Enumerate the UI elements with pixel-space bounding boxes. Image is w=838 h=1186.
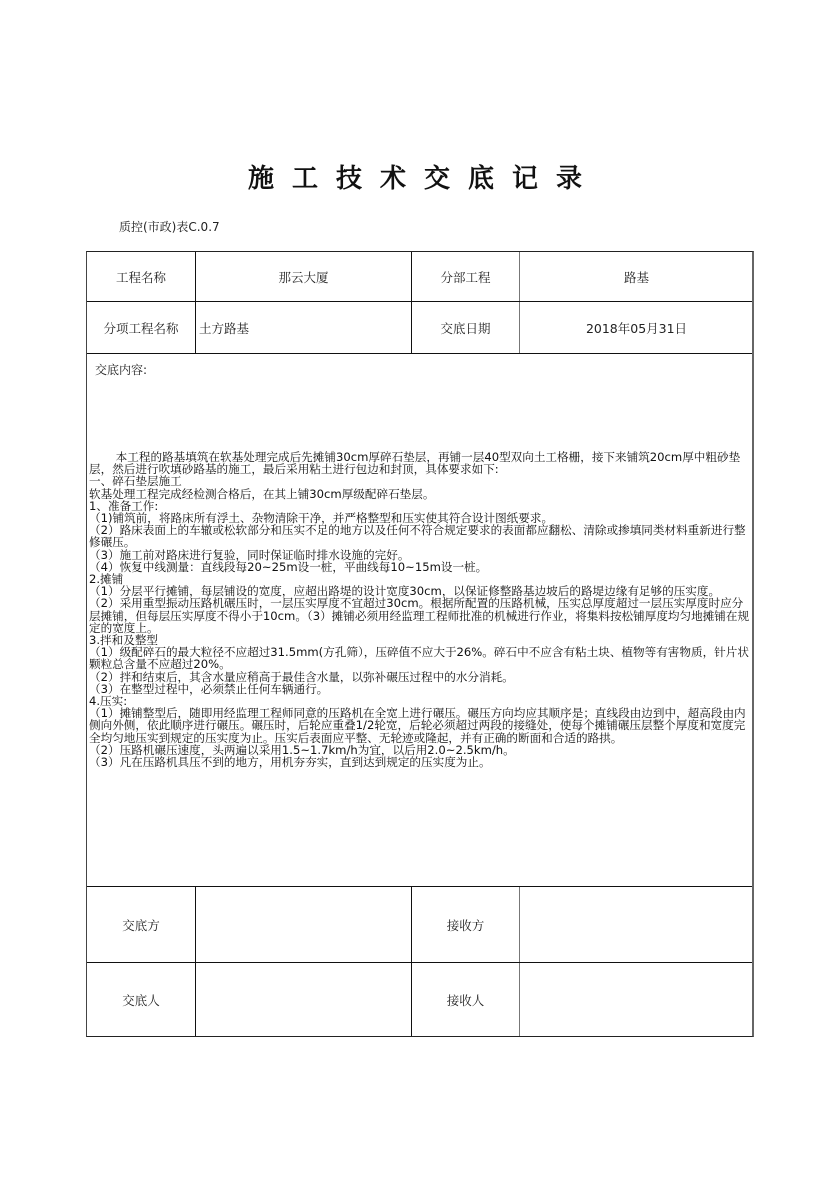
receiving-party-field[interactable] [520, 887, 753, 962]
content-paragraph: （3）施工前对路床进行复验，同时保证临时排水设施的完好。 [89, 549, 751, 561]
content-paragraph: （2）路床表面上的车辙或松软部分和压实不足的地方以及任何不符合规定要求的表面都应… [89, 524, 751, 548]
handover-date-label: 交底日期 [412, 302, 520, 353]
content-paragraph: 软基处理工程完成经检测合格后，在其上铺30cm厚级配碎石垫层。 [89, 488, 751, 500]
signature-row-person: 交底人 接收人 [87, 963, 752, 1036]
division-label: 分部工程 [412, 252, 520, 301]
header-row-project: 工程名称 那云大厦 分部工程 路基 [87, 252, 752, 302]
subitem-name-value[interactable]: 土方路基 [196, 302, 412, 353]
content-label: 交底内容: [95, 361, 147, 378]
handover-person-label: 交底人 [87, 963, 196, 1036]
document-title: 施工技术交底记录 [0, 158, 838, 195]
project-name-label: 工程名称 [87, 252, 196, 301]
record-table: 工程名称 那云大厦 分部工程 路基 分项工程名称 土方路基 交底日期 2018年… [86, 251, 754, 1037]
handover-party-label: 交底方 [87, 887, 196, 962]
content-paragraph: （3）在整型过程中，必须禁止任何车辆通行。 [89, 683, 751, 695]
handover-date-value[interactable]: 2018年05月31日 [520, 302, 753, 353]
content-paragraph: （2）采用重型振动压路机碾压时，一层压实厚度不宜超过30cm。根据所配置的压路机… [89, 597, 751, 634]
project-name-value[interactable]: 那云大厦 [196, 252, 412, 301]
handover-party-field[interactable] [196, 887, 412, 962]
handover-person-field[interactable] [196, 963, 412, 1036]
content-heading: 一、碎石垫层施工 [89, 475, 751, 487]
form-code: 质控(市政)表C.0.7 [119, 218, 220, 235]
content-paragraph: （4）恢复中线测量：直线段每20~25m设一桩，平曲线每10~15m设一桩。 [89, 561, 751, 573]
content-paragraph: 本工程的路基填筑在软基处理完成后先摊铺30cm厚碎石垫层，再铺一层40型双向土工… [89, 451, 751, 475]
subitem-name-label: 分项工程名称 [87, 302, 196, 353]
content-body[interactable]: 本工程的路基填筑在软基处理完成后先摊铺30cm厚碎石垫层，再铺一层40型双向土工… [89, 451, 751, 768]
content-paragraph: （1）级配碎石的最大粒径不应超过31.5mm(方孔筛），压碎值不应大于26%。碎… [89, 646, 751, 670]
receiving-person-label: 接收人 [412, 963, 520, 1036]
content-paragraph: （3）凡在压路机具压不到的地方，用机夯夯实，直到达到规定的压实度为止。 [89, 756, 751, 768]
content-paragraph: （1）摊铺整型后，随即用经监理工程师同意的压路机在全宽上进行碾压。碾压方向均应其… [89, 707, 751, 744]
division-value[interactable]: 路基 [520, 252, 753, 301]
receiving-person-field[interactable] [520, 963, 753, 1036]
signature-row-party: 交底方 接收方 [87, 887, 752, 963]
receiving-party-label: 接收方 [412, 887, 520, 962]
content-section: 交底内容: 本工程的路基填筑在软基处理完成后先摊铺30cm厚碎石垫层，再铺一层4… [87, 354, 752, 887]
header-row-subitem: 分项工程名称 土方路基 交底日期 2018年05月31日 [87, 302, 752, 354]
